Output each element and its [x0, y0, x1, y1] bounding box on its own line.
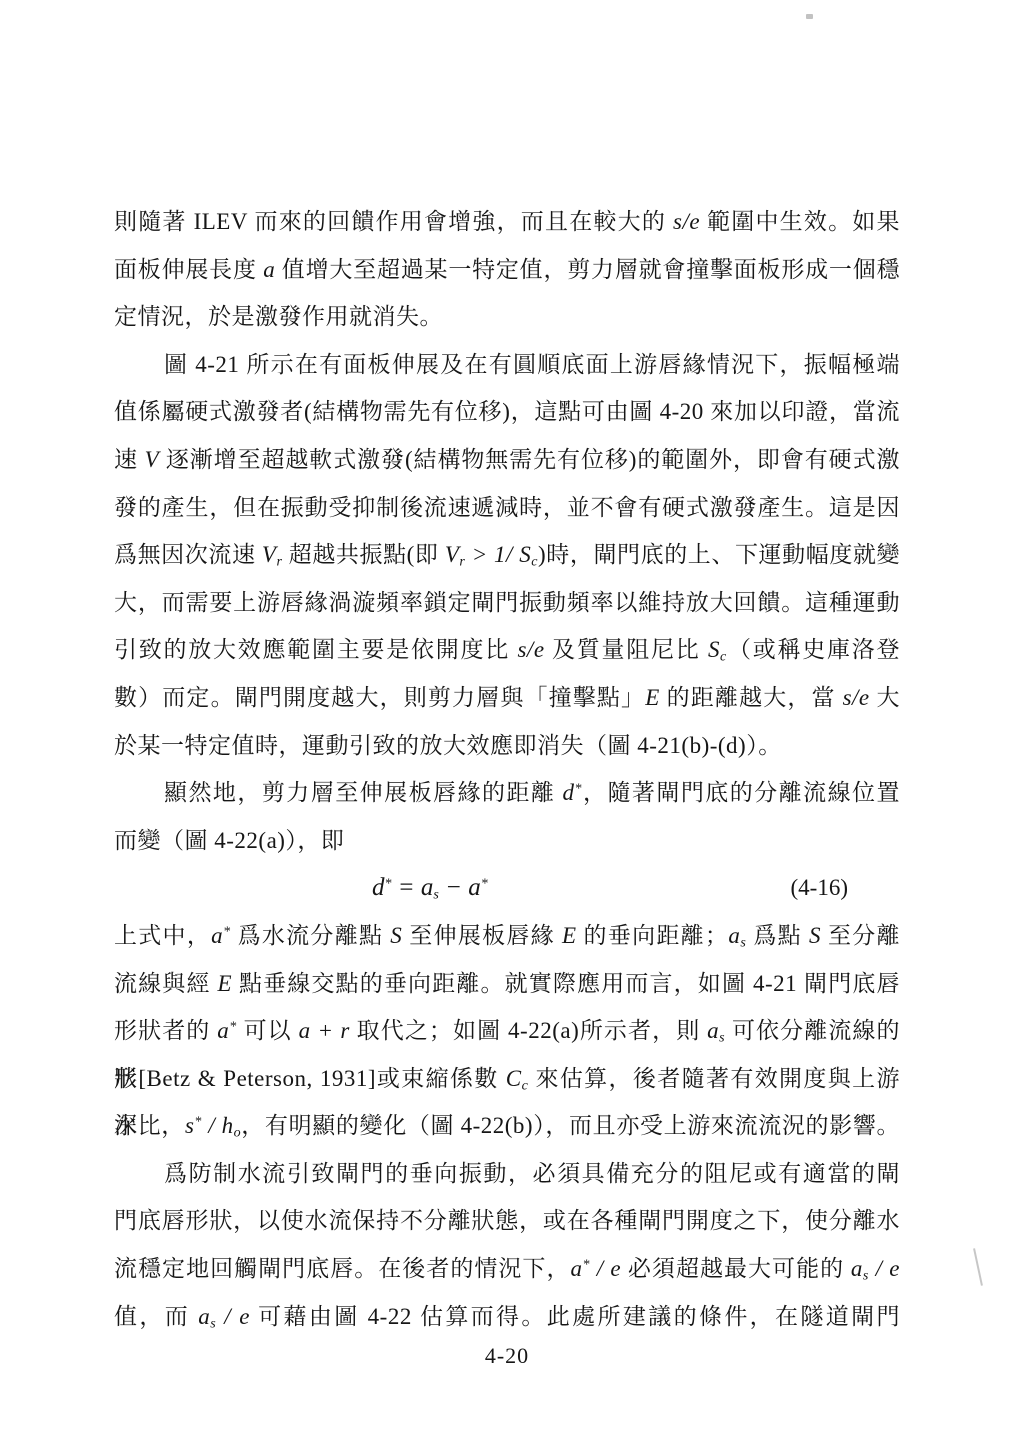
math-run: *	[582, 1257, 590, 1272]
text-line-14: 而變（圖 4-22(a)），即	[114, 817, 900, 865]
math-run: *	[385, 877, 392, 892]
text-run: 的垂向距離；	[577, 923, 729, 948]
text-line-23: 流穩定地回觸閘門底唇。在後者的情況下，a* / e 必須超越最大可能的 as /…	[114, 1245, 900, 1293]
math-run: a	[263, 257, 275, 282]
scan-artifact-mark	[973, 1248, 983, 1286]
math-run: a	[851, 1256, 863, 1281]
text-run: 範圍中生效。如果	[700, 209, 900, 234]
text-run: 大，而需要上游唇緣渦漩頻率鎖定閘門振動頻率以維持放大回饋。這種運動	[114, 590, 900, 615]
math-run: E	[645, 685, 660, 710]
text-run: 爲點	[746, 923, 809, 948]
text-line-3: 定情況，於是激發作用就消失。	[114, 293, 900, 341]
text-run: 數）而定。閘門開度越大，則剪力層與「撞擊點」	[114, 685, 645, 710]
math-run: / e	[216, 1304, 250, 1329]
text-run: 流穩定地回觸閘門底唇。在後者的情況下，	[114, 1256, 570, 1281]
text-run: 逐漸增至超越軟式激發(結構物無需先有位移)的範圍外，即會有硬式激	[159, 447, 900, 472]
math-run: > 1/ S	[465, 542, 531, 567]
math-run: − a	[439, 874, 481, 901]
text-run: 而變（圖 4-22(a)），即	[114, 828, 344, 853]
text-run: 則隨著 ILEV 而來的回饋作用會增強，而且在較大的	[114, 209, 673, 234]
math-run: E	[562, 923, 577, 948]
math-run: a	[707, 1018, 719, 1043]
math-run: V	[145, 447, 160, 472]
math-run: a	[728, 923, 740, 948]
text-run: 流線與經	[114, 971, 218, 996]
document-page: 則隨著 ILEV 而來的回饋作用會增強，而且在較大的 s/e 範圍中生效。如果面…	[0, 0, 1024, 1451]
math-run: s/e	[843, 685, 870, 710]
text-run: 形狀者的	[114, 1018, 217, 1043]
math-run: *	[229, 1019, 237, 1034]
text-run: 定情況，於是激發作用就消失。	[114, 304, 443, 329]
text-line-21: 爲防制水流引致閘門的垂向振動，必須具備充分的阻尼或有適當的閘	[114, 1150, 900, 1198]
text-run: 點垂線交點的垂向距離。就實際應用而言，如圖 4-21 閘門底唇	[232, 971, 900, 996]
text-line-19: 狀[Betz & Peterson, 1931]或束縮係數 Cc 來估算，後者隨…	[114, 1055, 900, 1103]
text-run: )時，閘門底的上、下運動幅度就變	[538, 542, 900, 567]
text-run: 引致的放大效應範圍主要是依開度比	[114, 637, 517, 662]
text-run: 可以	[237, 1018, 299, 1043]
math-run: c	[720, 650, 727, 665]
math-run: / e	[590, 1256, 621, 1281]
math-run: V	[445, 542, 460, 567]
text-line-16: 上式中，a* 爲水流分離點 S 至伸展板唇緣 E 的垂向距離；as 爲點 S 至…	[114, 912, 900, 960]
math-run: S	[708, 637, 720, 662]
math-run: E	[218, 971, 233, 996]
math-run: S	[809, 923, 821, 948]
text-line-2: 面板伸展長度 a 值增大至超過某一特定值，剪力層就會撞擊面板形成一個穩	[114, 246, 900, 294]
text-line-8: 爲無因次流速 Vr 超越共振點(即 Vr > 1/ Sc)時，閘門底的上、下運動…	[114, 531, 900, 579]
text-line-4: 圖 4-21 所示在有面板伸展及在有圓順底面上游唇緣情況下，振幅極端	[114, 341, 900, 389]
text-run: 於某一特定值時，運動引致的放大效應即消失（圖 4-21(b)-(d)）。	[114, 733, 782, 758]
text-run: 及質量阻尼比	[545, 637, 709, 662]
math-run: C	[506, 1066, 522, 1091]
text-run: 面板伸展長度	[114, 257, 263, 282]
text-line-1: 則隨著 ILEV 而來的回饋作用會增強，而且在較大的 s/e 範圍中生效。如果	[114, 198, 900, 246]
math-run: d	[372, 874, 385, 901]
equation-row: d* = as − a*(4-16)	[114, 864, 900, 912]
math-run: s	[185, 1113, 194, 1138]
text-run: 值增大至超過某一特定值，剪力層就會撞擊面板形成一個穩	[275, 257, 900, 282]
text-line-7: 發的產生，但在振動受抑制後流速遞減時，並不會有硬式激發產生。這是因	[114, 484, 900, 532]
math-run: / e	[869, 1256, 900, 1281]
text-line-24: 值，而 as / e 可藉由圖 4-22 估算而得。此處所建議的條件，在隧道閘門	[114, 1293, 900, 1341]
math-run: S	[390, 923, 402, 948]
text-run: 深比，	[114, 1113, 185, 1138]
text-line-6: 速 V 逐漸增至超越軟式激發(結構物無需先有位移)的範圍外，即會有硬式激	[114, 436, 900, 484]
math-run: a	[217, 1018, 229, 1043]
text-run: 爲防制水流引致閘門的垂向振動，必須具備充分的阻尼或有適當的閘	[164, 1161, 900, 1186]
text-run: 圖 4-21 所示在有面板伸展及在有圓順底面上游唇緣情況下，振幅極端	[164, 352, 900, 377]
text-run: 至分離	[821, 923, 900, 948]
math-run: a + r	[299, 1018, 350, 1043]
math-run: o	[234, 1126, 242, 1141]
text-run: 發的產生，但在振動受抑制後流速遞減時，並不會有硬式激發產生。這是因	[114, 495, 900, 520]
equation-number: (4-16)	[791, 864, 848, 912]
text-run: 門底唇形狀，以使水流保持不分離狀態，或在各種閘門開度之下，使分離水	[114, 1208, 900, 1233]
text-line-18: 形狀者的 a* 可以 a + r 取代之；如圖 4-22(a)所示者，則 as …	[114, 1007, 900, 1055]
text-run: 可藉由圖 4-22 估算而得。此處所建議的條件，在隧道閘門	[250, 1304, 900, 1329]
text-line-9: 大，而需要上游唇緣渦漩頻率鎖定閘門振動頻率以維持放大回饋。這種運動	[114, 579, 900, 627]
text-run: 大	[870, 685, 900, 710]
text-run: 爲水流分離點	[231, 923, 391, 948]
math-run: *	[481, 877, 488, 892]
math-run: s/e	[673, 209, 700, 234]
math-run: a	[211, 923, 223, 948]
text-run: 必須超越最大可能的	[621, 1256, 851, 1281]
math-run: c	[531, 555, 538, 570]
math-run: V	[262, 542, 277, 567]
text-run: 狀[Betz & Peterson, 1931]或束縮係數	[114, 1066, 506, 1091]
text-run: 上式中，	[114, 923, 211, 948]
text-run: （或稱史庫洛登	[727, 637, 900, 662]
text-line-5: 值係屬硬式激發者(結構物需先有位移)，這點可由圖 4-20 來加以印證，當流	[114, 388, 900, 436]
text-line-20: 深比，s* / ho，有明顯的變化（圖 4-22(b)），而且亦受上游來流流況的…	[114, 1102, 900, 1150]
text-line-10: 引致的放大效應範圍主要是依開度比 s/e 及質量阻尼比 Sc（或稱史庫洛登	[114, 626, 900, 674]
body-text: 則隨著 ILEV 而來的回饋作用會增強，而且在較大的 s/e 範圍中生效。如果面…	[114, 198, 900, 1340]
math-run: = a	[392, 874, 434, 901]
math-run: *	[223, 924, 231, 939]
text-line-11: 數）而定。閘門開度越大，則剪力層與「撞擊點」E 的距離越大，當 s/e 大	[114, 674, 900, 722]
math-run: *	[194, 1115, 202, 1130]
text-run: ，有明顯的變化（圖 4-22(b)），而且亦受上游來流流況的影響。	[241, 1113, 900, 1138]
math-run: *	[575, 781, 583, 796]
text-line-13: 顯然地，剪力層至伸展板唇緣的距離 d*，隨著閘門底的分離流線位置	[114, 769, 900, 817]
text-run: 爲無因次流速	[114, 542, 262, 567]
text-line-22: 門底唇形狀，以使水流保持不分離狀態，或在各種閘門開度之下，使分離水	[114, 1197, 900, 1245]
equation-body: d* = as − a*	[372, 864, 488, 912]
text-run: 值，而	[114, 1304, 198, 1329]
text-line-12: 於某一特定值時，運動引致的放大效應即消失（圖 4-21(b)-(d)）。	[114, 722, 900, 770]
scan-artifact-dot	[806, 14, 813, 19]
math-run: d	[563, 780, 575, 805]
text-run: ，隨著閘門底的分離流線位置	[582, 780, 900, 805]
text-run: 的距離越大，當	[660, 685, 843, 710]
math-run: a	[198, 1304, 210, 1329]
text-run: 值係屬硬式激發者(結構物需先有位移)，這點可由圖 4-20 來加以印證，當流	[114, 399, 900, 424]
math-run: a	[570, 1256, 582, 1281]
math-run: s/e	[517, 637, 544, 662]
math-run: / h	[202, 1113, 234, 1138]
text-run: 速	[114, 447, 145, 472]
text-run: 至伸展板唇緣	[402, 923, 562, 948]
page-number: 4-20	[114, 1340, 900, 1372]
text-run: 取代之；如圖 4-22(a)所示者，則	[350, 1018, 707, 1043]
text-run: 超越共振點(即	[282, 542, 444, 567]
text-line-17: 流線與經 E 點垂線交點的垂向距離。就實際應用而言，如圖 4-21 閘門底唇	[114, 960, 900, 1008]
text-run: 顯然地，剪力層至伸展板唇緣的距離	[164, 780, 563, 805]
